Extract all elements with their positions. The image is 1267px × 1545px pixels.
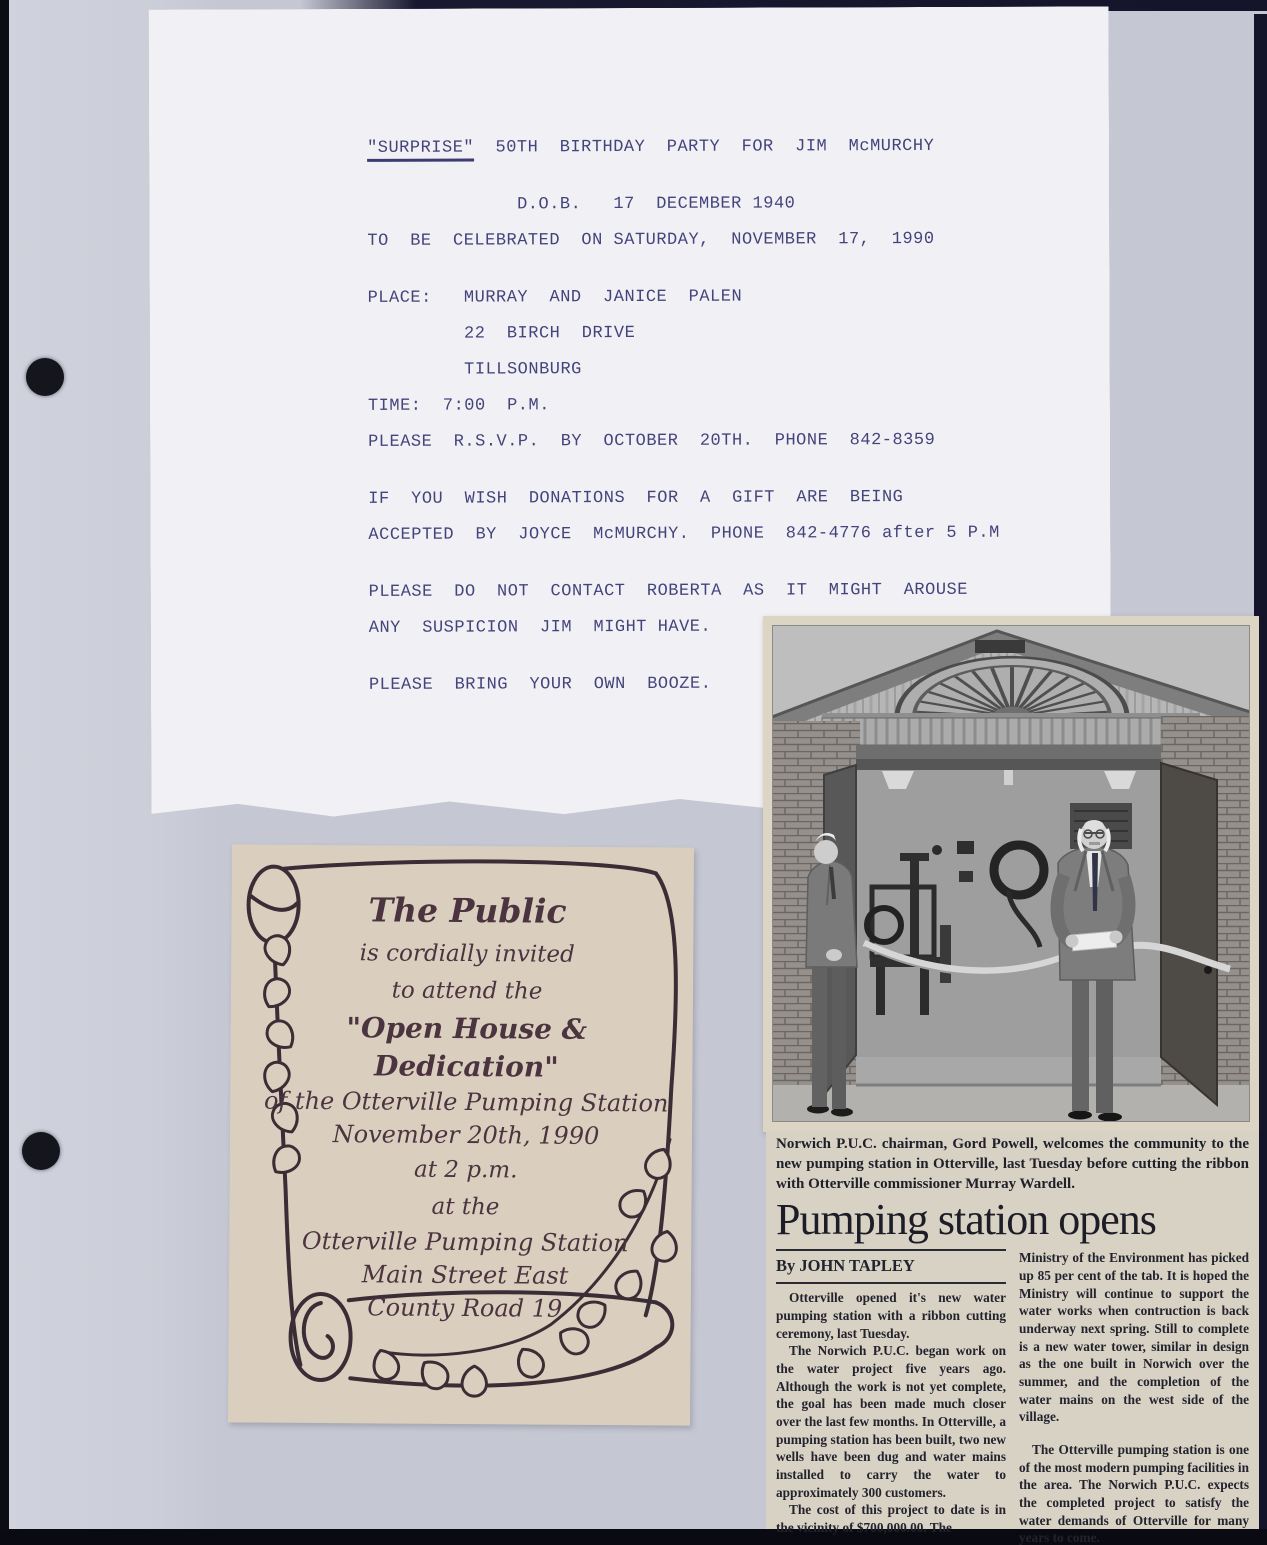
article-paragraph: Ministry of the Environment has picked u… (1019, 1249, 1249, 1426)
typed-line-rsvp: PLEASE R.S.V.P. BY OCTOBER 20TH. PHONE 8… (368, 422, 1110, 461)
typed-title: "SURPRISE" 50TH BIRTHDAY PARTY FOR JIM M… (367, 128, 1109, 167)
scroll-line-of-station: of the Otterville Pumping Station (252, 1085, 680, 1121)
typed-line-secret-1: PLEASE DO NOT CONTACT ROBERTA AS IT MIGH… (369, 572, 1111, 611)
scroll-invitation-clipping: The Public is cordially invited to atten… (228, 844, 694, 1425)
article-paragraph: The Otterville pumping station is one of… (1019, 1441, 1249, 1545)
typed-line-street: 22 BIRCH DRIVE (368, 314, 1110, 353)
typed-line-date: TO BE CELEBRATED ON SATURDAY, NOVEMBER 1… (367, 221, 1109, 260)
article-columns: By JOHN TAPLEY Otterville opened it's ne… (776, 1249, 1249, 1545)
scroll-line-attend: to attend the (253, 972, 681, 1012)
typed-line-gift-1: IF YOU WISH DONATIONS FOR A GIFT ARE BEI… (368, 479, 1110, 518)
scroll-line-openhouse: "Open House & Dedication" (252, 1009, 681, 1088)
article-paragraph: Otterville opened it's new water pumping… (776, 1289, 1006, 1342)
typed-line-place: PLACE: MURRAY AND JANICE PALEN (368, 278, 1110, 317)
typed-line-gift-2: ACCEPTED BY JOYCE McMURCHY. PHONE 842-47… (368, 515, 1110, 554)
scroll-line-street: Main Street East (251, 1258, 679, 1294)
typed-title-rest: 50TH BIRTHDAY PARTY FOR JIM McMURCHY (474, 137, 934, 158)
scroll-line-public: The Public (253, 885, 681, 938)
photo-caption: Norwich P.U.C. chairman, Gord Powell, we… (776, 1135, 1249, 1194)
ribbon-cutting-photo (772, 625, 1250, 1122)
scroll-line-invited: is cordially invited (253, 935, 681, 975)
scroll-line-station: Otterville Pumping Station (251, 1225, 679, 1261)
scroll-line-at-the: at the (251, 1188, 679, 1228)
newspaper-article-clipping: Norwich P.U.C. chairman, Gord Powell, we… (766, 1130, 1259, 1529)
typed-line-time: TIME: 7:00 P.M. (368, 386, 1110, 425)
article-column-left: By JOHN TAPLEY Otterville opened it's ne… (776, 1249, 1006, 1545)
byline: By JOHN TAPLEY (776, 1249, 1006, 1284)
scroll-invitation-text: The Public is cordially invited to atten… (251, 885, 682, 1327)
newspaper-photo-clipping (763, 616, 1259, 1132)
typed-title-surprise: "SURPRISE" (367, 139, 474, 162)
scroll-line-road: County Road 19 (251, 1291, 679, 1327)
typed-line-dob: D.O.B. 17 DECEMBER 1940 (367, 185, 1109, 224)
binder-hole-top (26, 358, 64, 396)
article-paragraph: The Norwich P.U.C. began work on the wat… (776, 1342, 1006, 1501)
binder-hole-bottom (22, 1132, 60, 1170)
typed-line-town: TILLSONBURG (368, 350, 1110, 389)
page-edge-left (0, 0, 9, 1545)
article-column-right: Ministry of the Environment has picked u… (1019, 1249, 1249, 1545)
scroll-line-date: November 20th, 1990 (252, 1118, 680, 1154)
article-paragraph: The cost of this project to date is in t… (776, 1501, 1006, 1536)
scroll-line-time: at 2 p.m. (252, 1151, 680, 1191)
article-headline: Pumping station opens (776, 1198, 1249, 1243)
